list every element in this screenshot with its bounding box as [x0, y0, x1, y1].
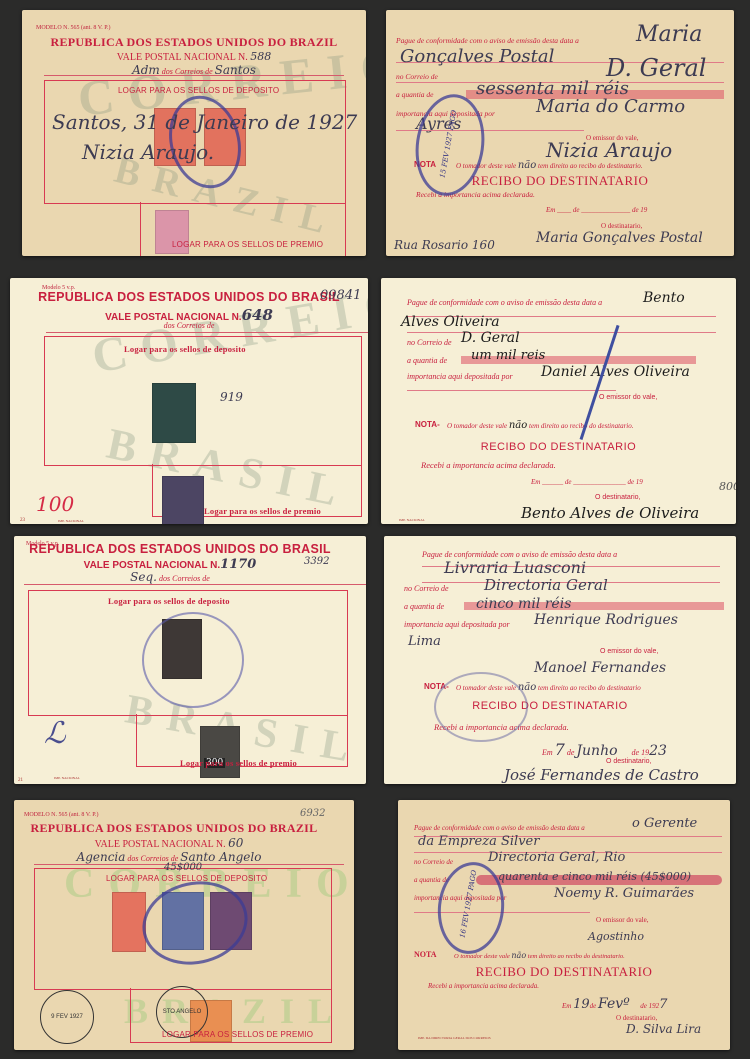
nota-text-b: tem direito ao recibo do destinatario. — [529, 422, 633, 430]
recebi-label: Recebi a importancia acima declarada. — [421, 460, 556, 470]
correios-line: Seq. dos Correios de — [14, 570, 366, 584]
nota-label: NOTA — [414, 950, 437, 959]
year-label: de 19 — [627, 478, 642, 486]
premio-label: Logar para os sellos de premio — [180, 758, 297, 768]
margin-note: 800 — [719, 480, 736, 493]
pago-stamp — [434, 672, 528, 742]
correio-label: no Correio de — [407, 338, 452, 347]
payee-2: Gonçalves Postal — [400, 46, 554, 67]
de-label: de — [590, 1002, 597, 1010]
recibo-heading: RECIBO DO DESTINATARIO — [398, 964, 730, 980]
year-label: de 19 — [632, 748, 650, 757]
day: 7 — [555, 740, 565, 759]
month: Junho — [576, 743, 617, 759]
card-2-back: Pague de conformidade com o aviso de emi… — [381, 278, 736, 524]
destinatario-signature: Maria Gonçalves Postal — [536, 230, 703, 246]
vale-label: VALE POSTAL NACIONAL N. 60 — [14, 836, 354, 850]
premio-label: Logar para os sellos de premio — [204, 506, 321, 516]
correio-value: Directoria Geral, Rio — [488, 850, 625, 865]
em-label: Em — [542, 748, 553, 757]
em-label: Em — [562, 1002, 571, 1010]
serial-number: 09841 — [320, 288, 361, 303]
de-label: de — [567, 748, 575, 757]
vale-label: VALE POSTAL NACIONAL N. 588 — [22, 50, 366, 63]
deposit-label: Logar para os sellos de deposito — [124, 344, 246, 354]
emissor-signature: Nizia Araujo — [546, 138, 672, 162]
destinatario-label: O destinatario, — [616, 1014, 657, 1022]
footer-imp: IMP. NACIONAL — [58, 519, 84, 523]
correio-label: no Correio de — [396, 72, 438, 81]
vale-number: 60 — [228, 836, 243, 850]
nota-text: O tomador deste vale não tem direito ao … — [447, 420, 634, 431]
premio-label: LOGAR PARA OS SELLOS DE PREMIO — [162, 1030, 313, 1039]
nota-value: não — [511, 951, 526, 960]
destinatario-signature: José Fernandes de Castro — [504, 766, 699, 784]
stamp-green — [152, 383, 196, 443]
nota-text-a: O tomador deste vale — [447, 422, 507, 430]
em-line: Em ____ de ______________ de 19 — [546, 206, 647, 214]
deposit-box — [44, 336, 362, 466]
year-suffix: 7 — [659, 997, 667, 1012]
card-3-back: Pague de conformidade com o aviso de emi… — [384, 536, 736, 784]
footer-imp: IMP. NACIONAL — [399, 518, 425, 522]
correio-value: D. Geral — [461, 330, 520, 346]
model-number: MODELO N. 565 (ant. 8 V. P.) — [36, 25, 110, 31]
correio-value: Directoria Geral — [484, 576, 608, 594]
pague-label: Pague de conformidade com o aviso de emi… — [407, 298, 602, 307]
month: Fevº — [598, 996, 630, 1012]
recibo-heading: RECIBO DO DESTINATARIO — [381, 441, 736, 453]
quantia-label: a quantia de — [407, 356, 447, 365]
rule — [407, 332, 716, 333]
handwritten-date: Santos, 31 de Janeiro de 1927 — [52, 110, 357, 134]
card-3-front: BRASIL Modelo 5 v.p. REPUBLICA DOS ESTAD… — [14, 536, 366, 784]
vale-text: VALE POSTAL NACIONAL N. — [95, 839, 226, 850]
nota-text: O tomador deste vale não tem direito ao … — [456, 160, 643, 171]
pague-label: Pague de conformidade com o aviso de emi… — [396, 36, 579, 45]
destinatario-signature: D. Silva Lira — [626, 1022, 701, 1036]
destinatario-signature: Bento Alves de Oliveira — [521, 504, 699, 522]
emissor-signature: Agostinho — [588, 930, 644, 943]
form-title: REPUBLICA DOS ESTADOS UNIDOS DO BRAZIL — [22, 35, 366, 50]
footer-imp: IMP. DA DIRECTORIA GERAL DOS CORREIOS — [418, 1036, 491, 1040]
stamp-red — [112, 892, 146, 952]
depositor: Henrique Rodrigues — [534, 612, 678, 628]
nota-text-b: tem direito ao recibo do destinatario — [538, 684, 641, 692]
de-label: de — [573, 206, 580, 214]
em-label: Em — [531, 478, 540, 486]
depositor: Maria do Carmo — [536, 96, 685, 117]
card-4-front: CORREIOS BRAZIL MODELO N. 565 (ant. 8 V.… — [14, 800, 354, 1050]
footer-number: 21 — [18, 778, 23, 783]
stamp-300 — [200, 726, 240, 778]
depositada-label: importancia aqui depositada por — [404, 620, 510, 629]
correios-prefix: Seq. — [130, 570, 157, 584]
de-label: de — [565, 478, 572, 486]
nota-text-b: tem direito ao recibo do destinatario. — [528, 953, 625, 960]
correios-text: dos Correios de — [159, 574, 210, 583]
postmark-left: 9 FEV 1927 — [40, 990, 94, 1044]
margin-note: 100 — [36, 492, 74, 516]
footer-imp: IMP. NACIONAL — [54, 776, 80, 780]
nota-value: não — [509, 420, 527, 431]
form-title: REPUBLICA DOS ESTADOS UNIDOS DO BRASIL — [10, 290, 368, 304]
payee: o Gerente — [632, 816, 697, 831]
nota-text: O tomador deste vale não tem direito ao … — [454, 951, 625, 960]
em-label: Em — [546, 206, 555, 214]
correio-label: no Correio de — [414, 858, 453, 866]
deposit-label: Logar para os sellos de deposito — [108, 596, 230, 606]
payee: Livraria Luasconi — [444, 558, 586, 577]
em-line: Em 19de Fevº de 1927 — [562, 996, 667, 1012]
payee-2: da Empreza Silver — [418, 834, 539, 849]
correio-label: no Correio de — [404, 584, 449, 593]
amount-mark: 45$000 — [164, 862, 202, 873]
payee: Bento — [643, 290, 685, 306]
pague-label: Pague de conformidade com o aviso de emi… — [414, 824, 585, 832]
depositor: Daniel Alves Oliveira — [541, 364, 690, 380]
em-line: Em ______ de _______________ de 19 — [531, 478, 643, 486]
emissor-label: O emissor do vale, — [599, 394, 657, 401]
deposit-label: LOGAR PARA OS SELLOS DE DEPOSITO — [106, 874, 267, 883]
quantia-label: a quantia de — [404, 602, 444, 611]
destinatario-label: O destinatario, — [601, 222, 642, 230]
serial-number: 3392 — [304, 556, 329, 567]
header-rule — [46, 332, 368, 333]
destinatario-label: O destinatario, — [606, 758, 652, 765]
correios-line: dos Correios de — [10, 321, 368, 330]
card-2-front: CORREIOS BRASIL Modelo 5 v.p. REPUBLICA … — [10, 278, 368, 524]
postmark-city: STO ANGELO — [163, 1009, 202, 1015]
header-rule — [44, 75, 344, 76]
emissor-label: O emissor do vale, — [596, 916, 649, 924]
serial-number: 6932 — [300, 808, 325, 819]
quantia-label: a quantia de — [396, 90, 434, 99]
form-title: REPUBLICA DOS ESTADOS UNIDOS DO BRASIL — [14, 542, 366, 556]
depositada-label: importancia aqui depositada por — [407, 372, 513, 381]
handwritten-signature: Nizia Araujo. — [82, 140, 214, 164]
day: 19 — [573, 997, 590, 1012]
recebi-label: Recebi a importancia acima declarada. — [428, 982, 539, 990]
stamp-purple — [162, 476, 204, 524]
nota-label: NOTA- — [415, 420, 440, 429]
premio-label: LOGAR PARA OS SELLOS DE PREMIO — [172, 240, 323, 249]
destinatario-label: O destinatario, — [595, 494, 641, 501]
emissor-signature: Manoel Fernandes — [534, 660, 666, 676]
form-title: REPUBLICA DOS ESTADOS UNIDOS DO BRAZIL — [14, 821, 354, 836]
footer-number: 23 — [20, 518, 25, 523]
model-number: MODELO N. 565 (ant. 8 V. P.) — [24, 812, 98, 818]
handwritten-signature: ℒ — [44, 716, 66, 751]
rule — [407, 390, 616, 391]
depositor: Noemy R. Guimarães — [554, 886, 694, 901]
amount: quarenta e cinco mil réis (45$000) — [498, 870, 691, 883]
postmark-date: 9 FEV 1927 — [51, 1014, 83, 1020]
vale-number: 588 — [250, 50, 271, 63]
amount: cinco mil réis — [476, 596, 571, 612]
correios-prefix: Agencia — [77, 850, 126, 864]
header-rule — [24, 584, 366, 585]
handwritten-date: 919 — [220, 390, 243, 404]
depositor-2: Lima — [408, 634, 441, 649]
nota-text-b: tem direito ao recibo do destinatario. — [538, 162, 642, 170]
card-1-back: Pague de conformidade com o aviso de emi… — [386, 10, 734, 256]
nota-text-a: O tomador deste vale — [454, 953, 510, 960]
vale-text: VALE POSTAL NACIONAL N. — [117, 52, 248, 63]
cancel-oval — [142, 612, 244, 708]
deposit-label: LOGAR PARA OS SELLOS DE DEPOSITO — [118, 86, 279, 95]
address-note: Rua Rosario 160 — [394, 238, 495, 252]
amount: um mil reis — [471, 348, 545, 363]
year-label: de 192 — [640, 1002, 659, 1010]
year-label: de 19 — [632, 206, 647, 214]
payee-2: Alves Oliveira — [401, 314, 500, 330]
year-suffix: 23 — [649, 743, 667, 759]
em-line: Em 7 de Junho de 1923 — [542, 740, 667, 759]
card-1-front: CORREIOS BRAZIL MODELO N. 565 (ant. 8 V.… — [22, 10, 366, 256]
card-4-back: Pague de conformidade com o aviso de emi… — [398, 800, 730, 1050]
nota-value: não — [518, 160, 536, 171]
emissor-label: O emissor do vale, — [600, 648, 658, 655]
payee: Maria — [636, 22, 702, 47]
